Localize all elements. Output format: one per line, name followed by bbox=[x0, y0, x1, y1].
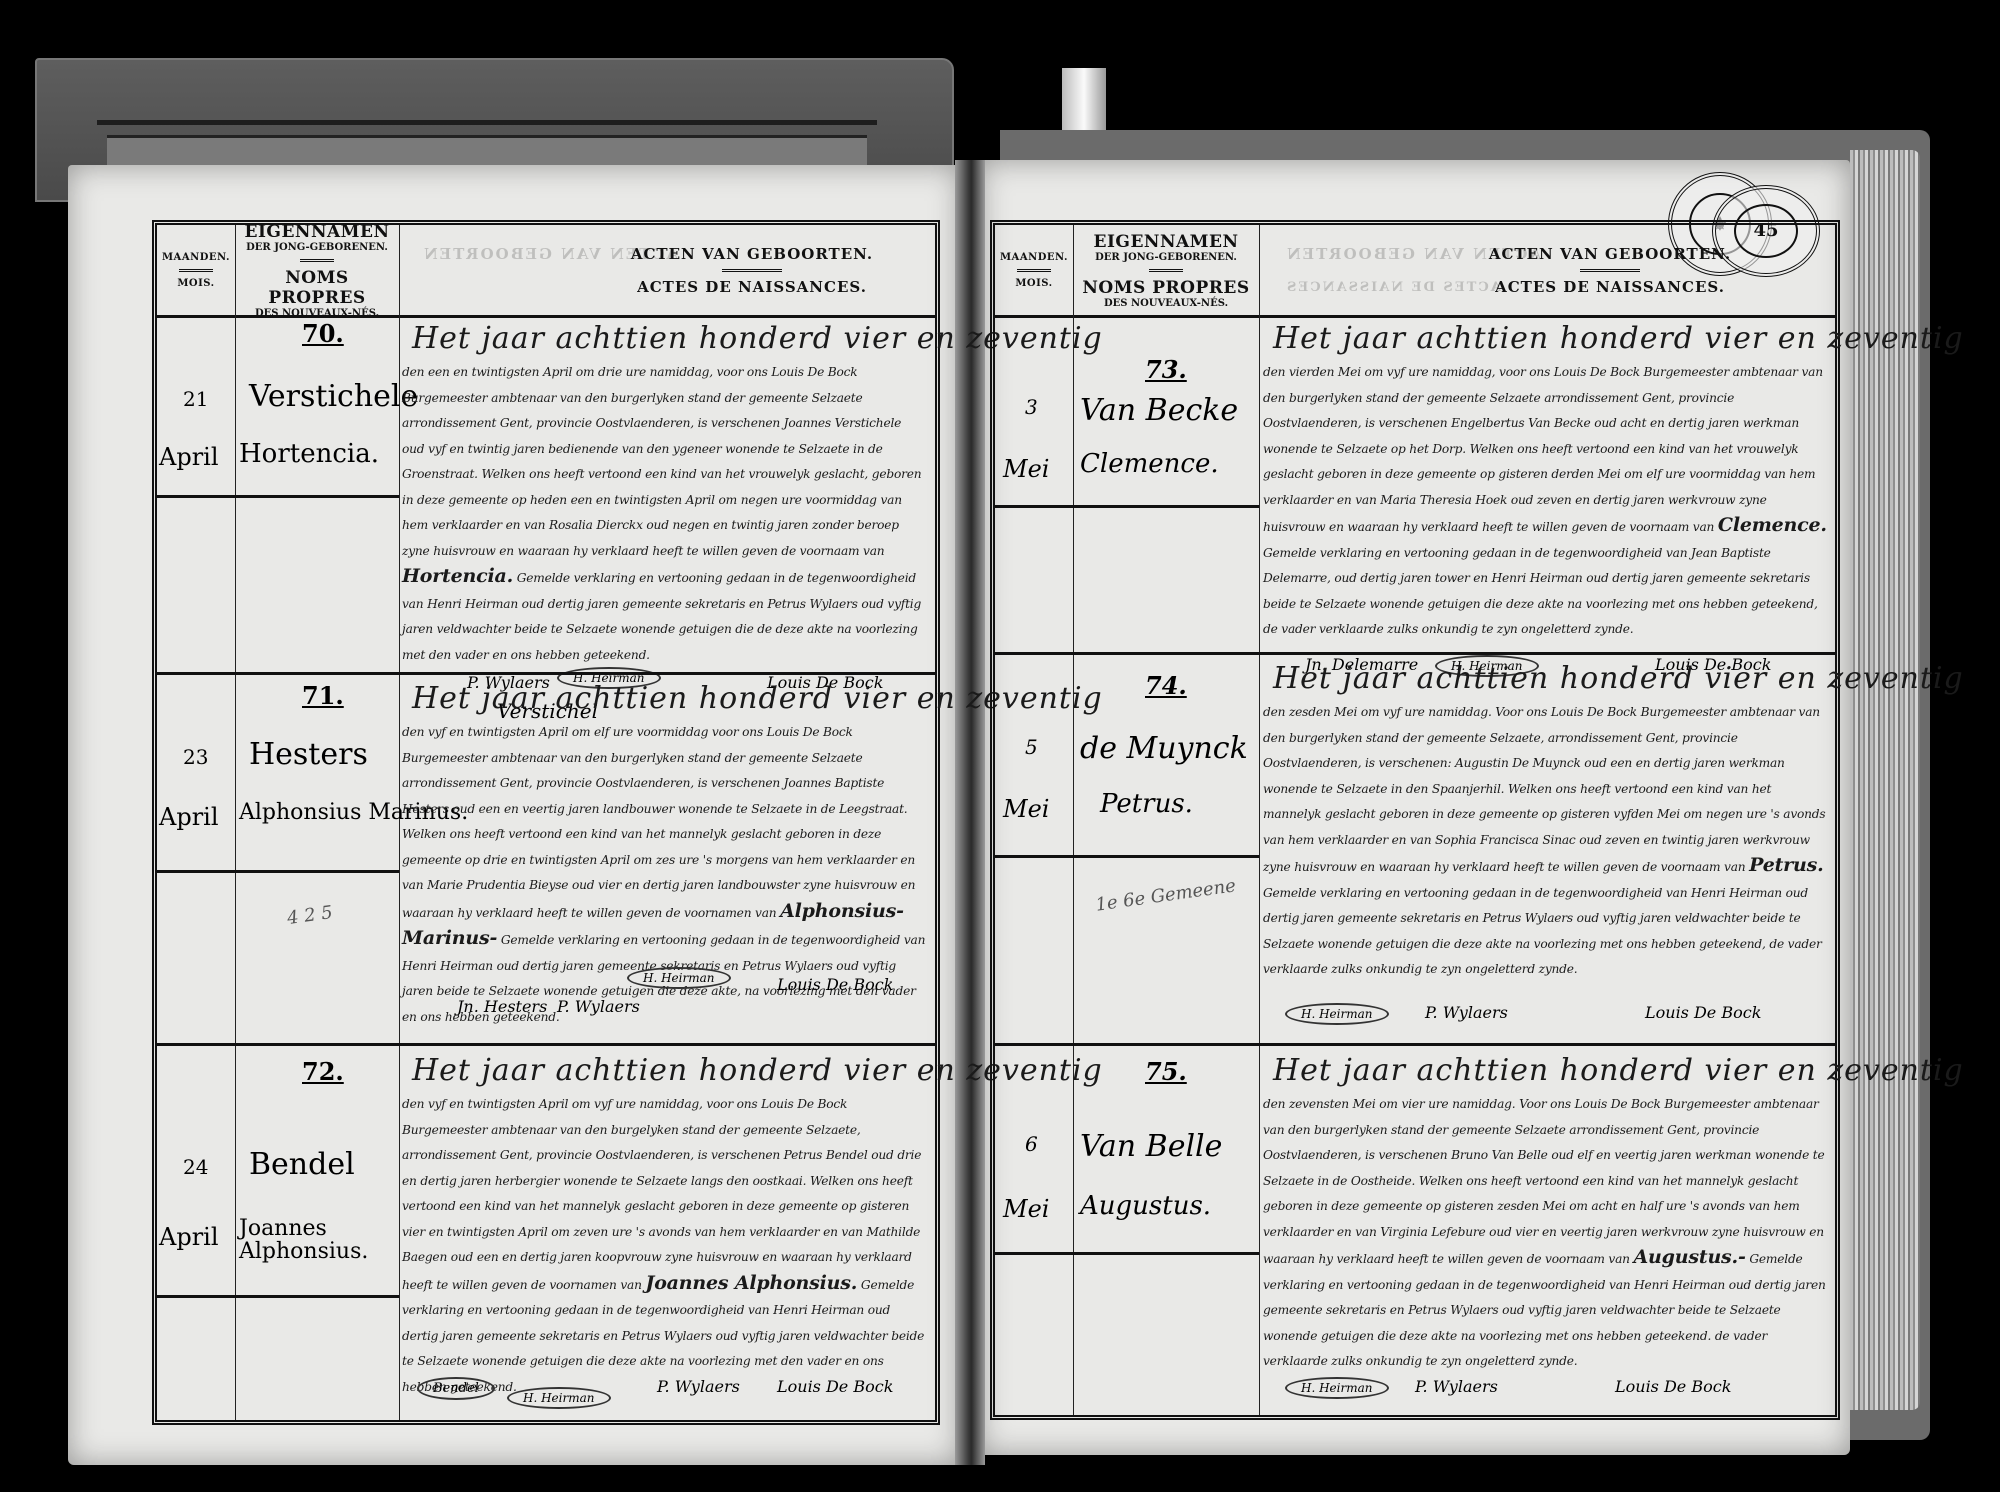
names-sublabel-nl: DER JONG-GEBORENEN. bbox=[246, 242, 388, 253]
register-entry: 21 April 70. Verstichele Hortencia. Het … bbox=[157, 315, 935, 670]
months-label-fr: MOIS. bbox=[1015, 278, 1052, 289]
acts-label-fr: ACTES DE NAISSANCES. bbox=[1495, 278, 1725, 296]
act-body-text: den vierden Mei om vyf ure namiddag, voo… bbox=[1263, 360, 1827, 643]
acts-label-fr: ACTES DE NAISSANCES. bbox=[637, 278, 867, 296]
act-text: den vierden Mei om vyf ure namiddag, voo… bbox=[1263, 365, 1823, 534]
register-entry: 24 April 72. Bendel Joannes Alphonsius. … bbox=[157, 1047, 935, 1417]
names-label-nl: EIGENNAMEN bbox=[1094, 232, 1239, 252]
act-number: 70. bbox=[302, 319, 344, 348]
column-divider bbox=[235, 225, 236, 315]
column-divider bbox=[399, 225, 400, 315]
acts-label-nl: ACTEN VAN GEBOORTEN. bbox=[631, 245, 873, 263]
signature-block: Bendel H. Heirman P. Wylaers Louis De Bo… bbox=[177, 1377, 925, 1417]
given-name-highlight: Petrus. bbox=[1749, 854, 1823, 876]
act-text-cell: Het jaar achttien honderd vier en zevent… bbox=[402, 1047, 927, 1400]
act-text: den vyf en twintigsten April om elf ure … bbox=[402, 725, 915, 920]
act-opening-line: Het jaar achttien honderd vier en zevent… bbox=[1273, 661, 1827, 696]
child-given-names: Hortencia. bbox=[239, 441, 379, 468]
child-surname: Van Becke bbox=[1080, 393, 1238, 428]
act-opening-line: Het jaar achttien honderd vier en zevent… bbox=[1273, 1053, 1827, 1088]
signature-mayor: Louis De Bock bbox=[777, 1377, 893, 1396]
names-header: EIGENNAMEN DER JONG-GEBORENEN. NOMS PROP… bbox=[237, 225, 397, 315]
signature-secretary: H. Heirman bbox=[1285, 1377, 1389, 1399]
signature-witness: P. Wylaers bbox=[557, 997, 640, 1016]
act-text-cell: Het jaar achttien honderd vier en zevent… bbox=[1263, 1047, 1827, 1375]
act-text-after: Gemelde verklaring en vertooning gedaan … bbox=[1263, 546, 1818, 637]
entry-month: Mei bbox=[1003, 1195, 1049, 1223]
child-surname: Van Belle bbox=[1080, 1129, 1222, 1164]
months-label-fr: MOIS. bbox=[177, 278, 214, 289]
margin-annotation: 4 2 5 bbox=[286, 902, 334, 929]
names-label-fr: NOMS PROPRES bbox=[1082, 278, 1249, 298]
act-text-cell: Het jaar achttien honderd vier en zevent… bbox=[402, 315, 927, 668]
right-register-grid: MAANDEN. MOIS. EIGENNAMEN DER JONG-GEBOR… bbox=[990, 220, 1840, 1420]
names-label-fr: NOMS PROPRES bbox=[237, 268, 397, 308]
signature-witness: P. Wylaers bbox=[1415, 1377, 1498, 1396]
register-entry: 6 Mei 75. Van Belle Augustus. Het jaar a… bbox=[995, 1047, 1835, 1417]
act-number: 75. bbox=[1145, 1057, 1187, 1086]
entry-day: 6 bbox=[1025, 1132, 1038, 1156]
child-surname: Bendel bbox=[249, 1147, 355, 1182]
child-given-names: Clemence. bbox=[1080, 451, 1219, 478]
column-divider bbox=[1073, 225, 1074, 315]
signature-secretary: H. Heirman bbox=[627, 967, 731, 989]
header-rule bbox=[722, 269, 782, 272]
act-text: den vyf en twintigsten April om vyf ure … bbox=[402, 1097, 921, 1292]
act-number: 72. bbox=[302, 1057, 344, 1086]
entry-month: April bbox=[159, 803, 219, 831]
child-given-names: Petrus. bbox=[1100, 791, 1193, 818]
left-header-row: MAANDEN. MOIS. EIGENNAMEN DER JONG-GEBOR… bbox=[157, 225, 935, 318]
header-rule bbox=[300, 259, 334, 262]
signature-secretary: H. Heirman bbox=[507, 1387, 611, 1409]
names-sublabel-fr: DES NOUVEAUX-NÉS. bbox=[1104, 298, 1228, 309]
acts-header: ACTEN VAN GEBOORTEN. ACTES DE NAISSANCES… bbox=[587, 225, 917, 315]
act-number: 73. bbox=[1145, 355, 1187, 384]
act-body-text: den vyf en twintigsten April om vyf ure … bbox=[402, 1092, 927, 1400]
signature-witness: P. Wylaers bbox=[657, 1377, 740, 1396]
months-label-nl: MAANDEN. bbox=[162, 252, 230, 263]
signature-father: Bendel bbox=[417, 1377, 495, 1400]
child-surname: Verstichele bbox=[249, 379, 418, 414]
signature-mayor: Louis De Bock bbox=[1615, 1377, 1731, 1396]
act-number: 74. bbox=[1145, 671, 1187, 700]
entry-month: April bbox=[159, 1223, 219, 1251]
given-name-highlight: Hortencia. bbox=[402, 565, 513, 587]
act-text-cell: Het jaar achttien honderd vier en zevent… bbox=[1263, 655, 1827, 983]
act-opening-line: Het jaar achttien honderd vier en zevent… bbox=[412, 681, 927, 716]
signature-block: Jn. Hesters P. Wylaers H. Heirman Louis … bbox=[177, 997, 925, 1037]
entry-day: 24 bbox=[183, 1155, 208, 1179]
act-text-after: Gemelde verklaring en vertooning gedaan … bbox=[1263, 1252, 1826, 1368]
acts-label-nl: ACTEN VAN GEBOORTEN. bbox=[1489, 245, 1731, 263]
months-header: MAANDEN. MOIS. bbox=[995, 225, 1073, 315]
register-entry: 5 Mei 74. de Muynck Petrus. 1e 6e Gemeen… bbox=[995, 655, 1835, 1035]
act-body-text: den een en twintigsten April om drie ure… bbox=[402, 360, 927, 668]
act-opening-line: Het jaar achttien honderd vier en zevent… bbox=[412, 1053, 927, 1088]
signature-mayor: Louis De Bock bbox=[777, 975, 893, 994]
months-label-nl: MAANDEN. bbox=[1000, 252, 1068, 263]
names-label-nl: EIGENNAMEN bbox=[245, 222, 390, 242]
header-rule bbox=[1017, 269, 1051, 272]
child-surname: Hesters bbox=[249, 737, 368, 772]
register-entry: 23 April 71. Hesters Alphonsius Marinus.… bbox=[157, 675, 935, 995]
entry-divider bbox=[157, 1043, 935, 1046]
entry-day: 21 bbox=[183, 387, 208, 411]
child-given-names: Joannes Alphonsius. bbox=[239, 1217, 399, 1263]
names-sublabel-nl: DER JONG-GEBORENEN. bbox=[1095, 252, 1237, 263]
entry-day: 5 bbox=[1025, 735, 1038, 759]
act-body-text: den zevensten Mei om vier ure namiddag. … bbox=[1263, 1092, 1827, 1375]
signature-mayor: Louis De Bock bbox=[1645, 1003, 1761, 1022]
header-rule bbox=[1149, 269, 1183, 272]
names-header: EIGENNAMEN DER JONG-GEBORENEN. NOMS PROP… bbox=[1075, 225, 1257, 315]
act-text-cell: Het jaar achttien honderd vier en zevent… bbox=[1263, 315, 1827, 643]
act-text-after: Gemelde verklaring en vertooning gedaan … bbox=[1263, 886, 1822, 977]
act-text: den een en twintigsten April om drie ure… bbox=[402, 365, 921, 558]
margin-annotation: 1e 6e Gemeene bbox=[1094, 875, 1237, 915]
act-number: 71. bbox=[302, 681, 344, 710]
act-opening-line: Het jaar achttien honderd vier en zevent… bbox=[412, 321, 927, 356]
given-name-highlight: Augustus.- bbox=[1634, 1246, 1746, 1268]
entry-month: Mei bbox=[1003, 795, 1049, 823]
signature-block: H. Heirman P. Wylaers Louis De Bock bbox=[1015, 1003, 1825, 1043]
signature-father: Jn. Hesters bbox=[457, 997, 547, 1016]
act-opening-line: Het jaar achttien honderd vier en zevent… bbox=[1273, 321, 1827, 356]
right-header-row: MAANDEN. MOIS. EIGENNAMEN DER JONG-GEBOR… bbox=[995, 225, 1835, 318]
entry-divider bbox=[995, 1043, 1835, 1046]
given-name-highlight: Joannes Alphonsius. bbox=[645, 1272, 857, 1294]
date-name-block bbox=[157, 675, 399, 873]
signature-witness: P. Wylaers bbox=[1425, 1003, 1508, 1022]
entry-day: 3 bbox=[1025, 395, 1038, 419]
signature-secretary: H. Heirman bbox=[1285, 1003, 1389, 1025]
given-name-highlight: Clemence. bbox=[1718, 514, 1827, 536]
column-divider bbox=[1259, 225, 1260, 315]
signature-block: H. Heirman P. Wylaers Louis De Bock bbox=[1015, 1377, 1825, 1417]
child-surname: de Muynck bbox=[1080, 731, 1248, 766]
entry-month: April bbox=[159, 443, 219, 471]
entry-day: 23 bbox=[183, 745, 208, 769]
header-rule bbox=[179, 269, 213, 272]
act-text: den zevensten Mei om vier ure namiddag. … bbox=[1263, 1097, 1825, 1266]
entry-month: Mei bbox=[1003, 455, 1049, 483]
acts-header: ACTEN VAN GEBOORTEN. ACTES DE NAISSANCES… bbox=[1465, 225, 1755, 315]
act-text: den zesden Mei om vyf ure namiddag. Voor… bbox=[1263, 705, 1825, 874]
header-rule bbox=[1580, 269, 1640, 272]
left-register-grid: MAANDEN. MOIS. EIGENNAMEN DER JONG-GEBOR… bbox=[152, 220, 940, 1425]
months-header: MAANDEN. MOIS. bbox=[157, 225, 235, 315]
act-body-text: den zesden Mei om vyf ure namiddag. Voor… bbox=[1263, 700, 1827, 983]
child-given-names: Augustus. bbox=[1080, 1193, 1211, 1220]
register-entry: 3 Mei 73. Van Becke Clemence. Het jaar a… bbox=[995, 315, 1835, 675]
